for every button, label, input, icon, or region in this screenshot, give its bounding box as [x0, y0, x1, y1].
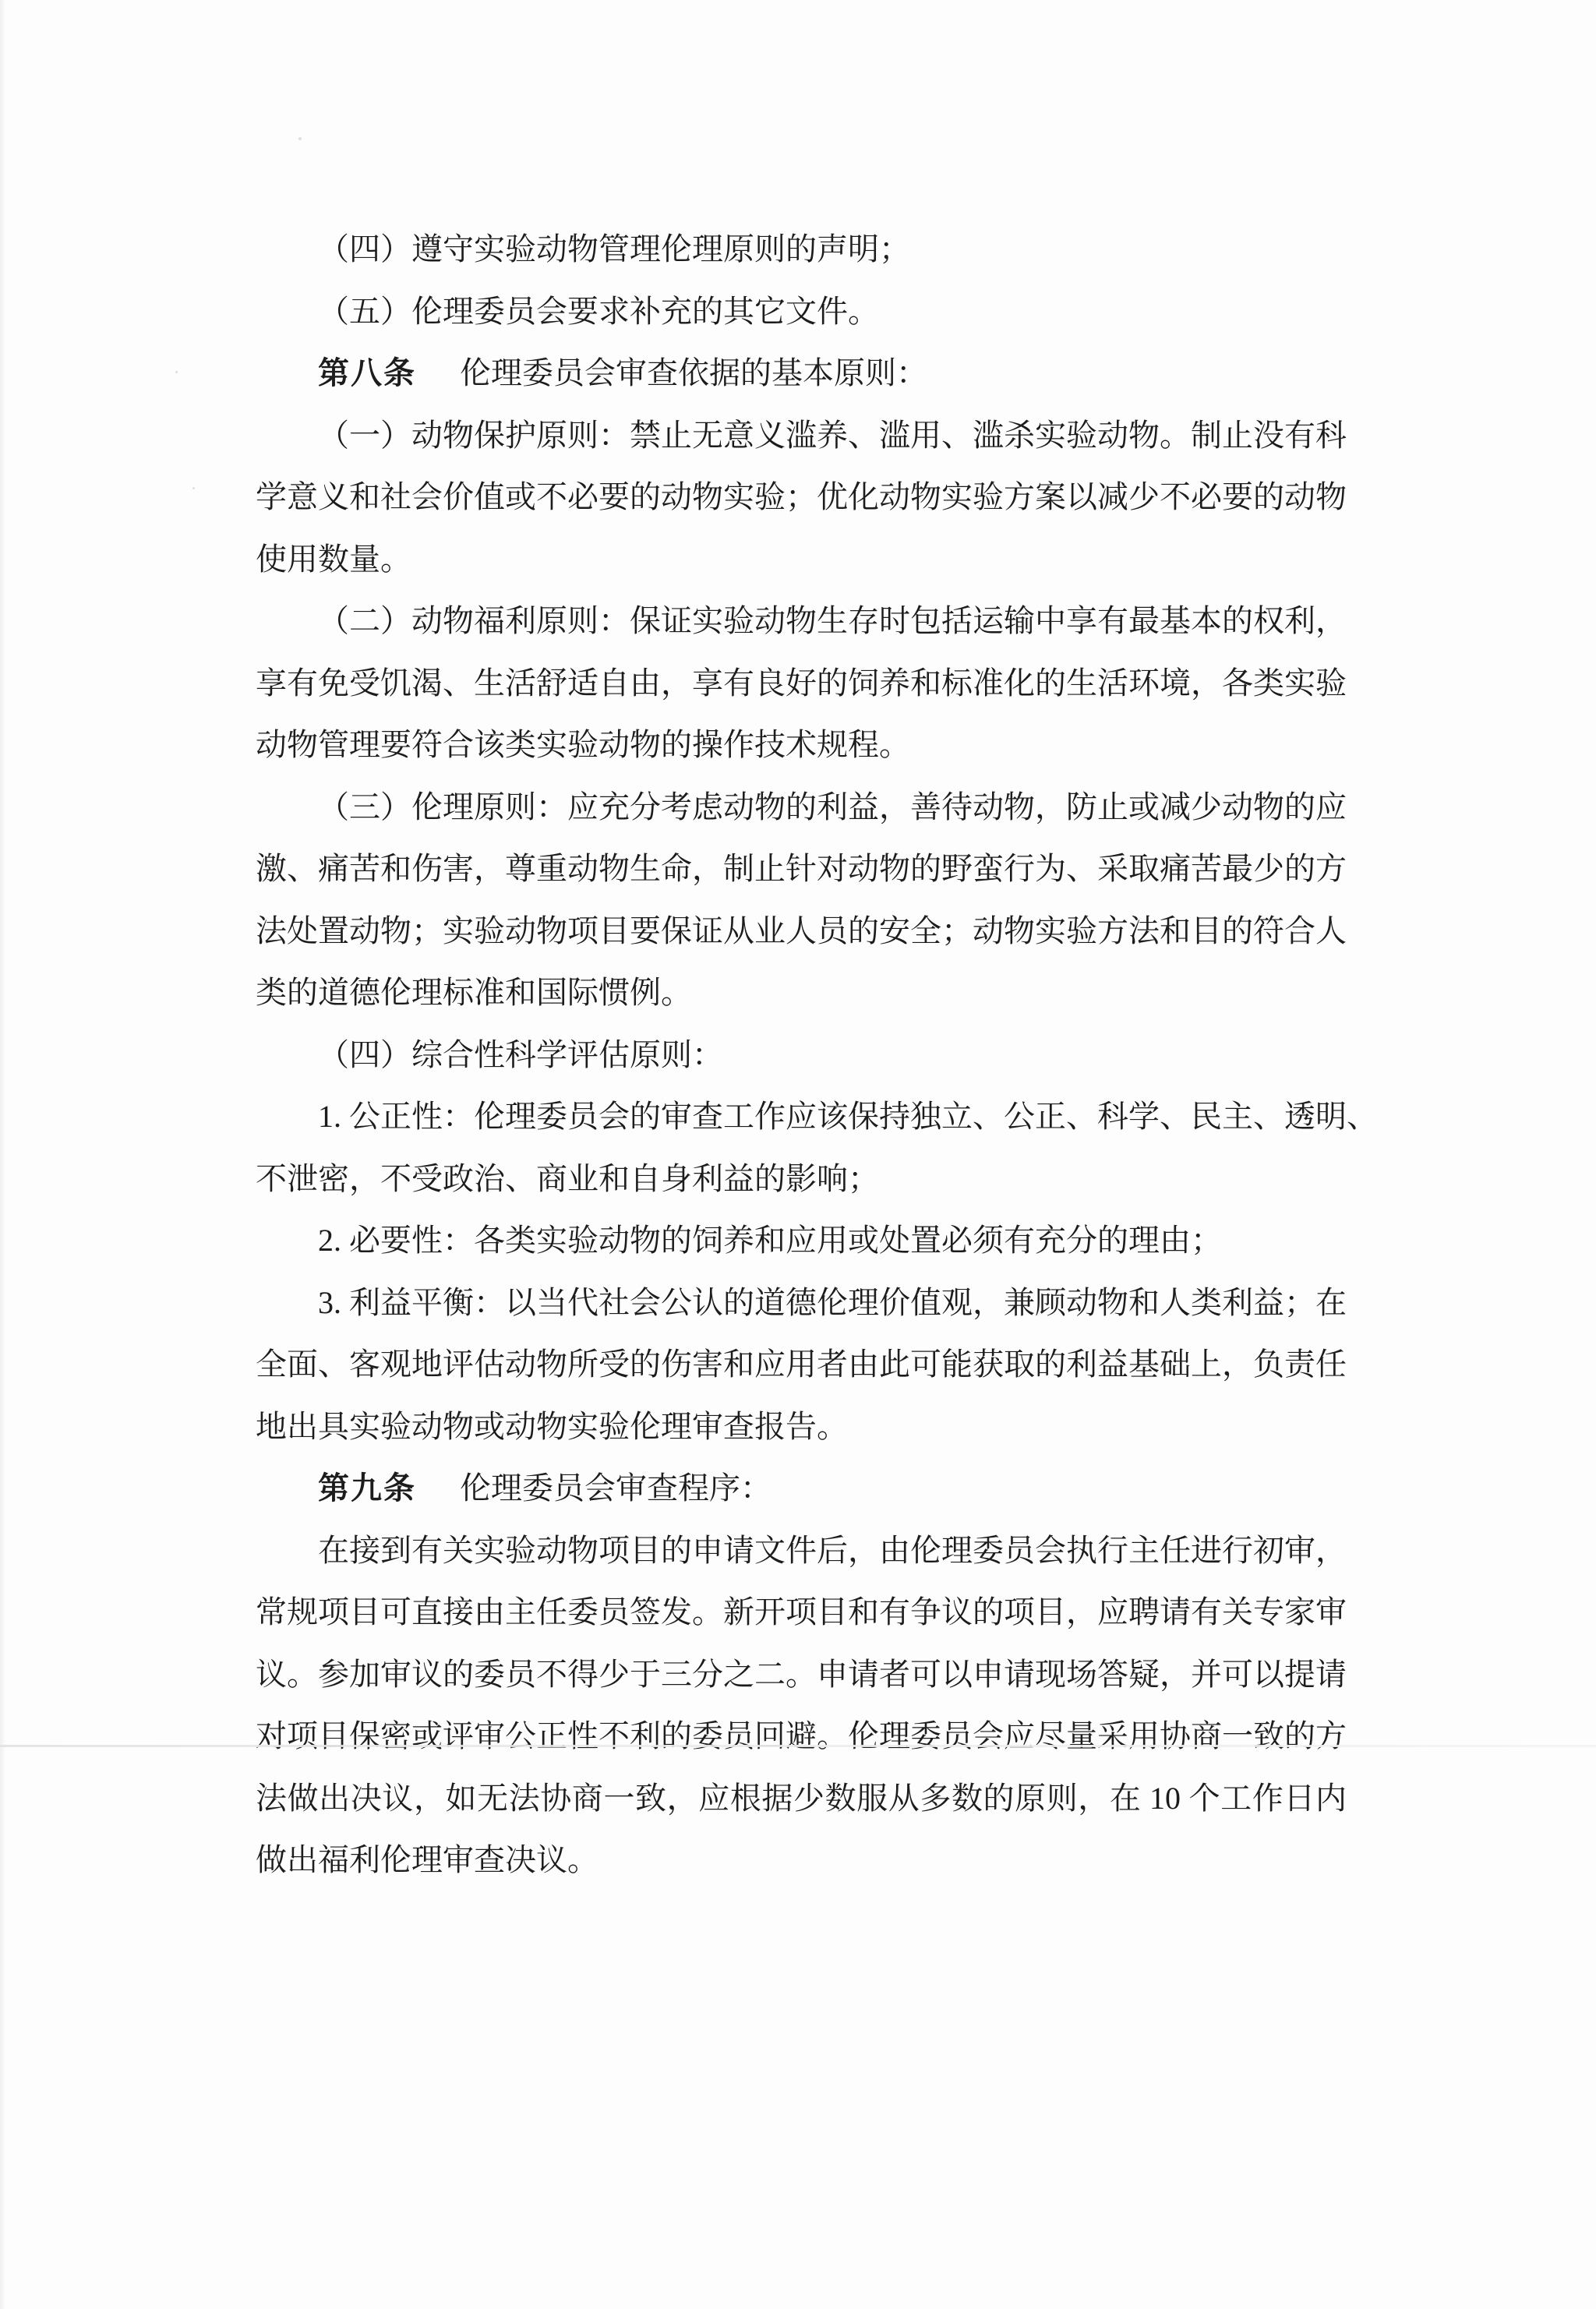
text-line: （四）综合性科学评估原则：	[256, 1024, 1347, 1086]
text-line: 对项目保密或评审公正性不利的委员回避。伦理委员会应尽量采用协商一致的方	[256, 1705, 1347, 1767]
text-line: 3. 利益平衡：以当代社会公认的道德伦理价值观，兼顾动物和人类利益；在	[256, 1272, 1347, 1334]
article-number: 第九条	[318, 1471, 416, 1506]
text-line: 常规项目可直接由主任委员签发。新开项目和有争议的项目，应聘请有关专家审	[256, 1581, 1347, 1643]
text-line: 激、痛苦和伤害，尊重动物生命，制止针对动物的野蛮行为、采取痛苦最少的方	[256, 838, 1347, 900]
article-heading-line: 第九条伦理委员会审查程序：	[256, 1457, 1347, 1520]
text-line: （四）遵守实验动物管理伦理原则的声明；	[256, 218, 1347, 281]
article-number: 第八条	[318, 356, 416, 390]
scan-speck	[298, 137, 302, 140]
text-line: 1. 公正性：伦理委员会的审查工作应该保持独立、公正、科学、民主、透明、	[256, 1086, 1347, 1148]
scan-artifact-line	[0, 1745, 1596, 1747]
scan-edge-shading	[0, 0, 5, 2309]
text-line: （三）伦理原则：应充分考虑动物的利益，善待动物，防止或减少动物的应	[256, 776, 1347, 839]
document-body: （四）遵守实验动物管理伦理原则的声明；（五）伦理委员会要求补充的其它文件。第八条…	[256, 218, 1347, 1891]
text-line: （一）动物保护原则：禁止无意义滥养、滥用、滥杀实验动物。制止没有科	[256, 404, 1347, 467]
text-line: 不泄密，不受政治、商业和自身利益的影响；	[256, 1148, 1347, 1210]
text-line: 议。参加审议的委员不得少于三分之二。申请者可以申请现场答疑，并可以提请	[256, 1643, 1347, 1706]
text-line: 2. 必要性：各类实验动物的饲养和应用或处置必须有充分的理由；	[256, 1209, 1347, 1272]
text-line: 地出具实验动物或动物实验伦理审查报告。	[256, 1396, 1347, 1458]
text-line: 类的道德伦理标准和国际惯例。	[256, 962, 1347, 1024]
text-line: （二）动物福利原则：保证实验动物生存时包括运输中享有最基本的权利，	[256, 590, 1347, 652]
scanned-document-page: （四）遵守实验动物管理伦理原则的声明；（五）伦理委员会要求补充的其它文件。第八条…	[0, 0, 1596, 2309]
text-line: 做出福利伦理审查决议。	[256, 1829, 1347, 1891]
text-line: （五）伦理委员会要求补充的其它文件。	[256, 281, 1347, 343]
text-line: 使用数量。	[256, 528, 1347, 591]
text-line: 在接到有关实验动物项目的申请文件后，由伦理委员会执行主任进行初审，	[256, 1520, 1347, 1582]
text-line: 法做出决议，如无法协商一致，应根据少数服从多数的原则，在 10 个工作日内	[256, 1767, 1347, 1830]
text-line: 全面、客观地评估动物所受的伤害和应用者由此可能获取的利益基础上，负责任	[256, 1333, 1347, 1396]
text-line: 享有免受饥渴、生活舒适自由，享有良好的饲养和标准化的生活环境，各类实验	[256, 652, 1347, 715]
scan-speck	[175, 371, 178, 373]
text-line: 动物管理要符合该类实验动物的操作技术规程。	[256, 714, 1347, 776]
article-heading-line: 第八条伦理委员会审查依据的基本原则：	[256, 342, 1347, 404]
text-line: 法处置动物；实验动物项目要保证从业人员的安全；动物实验方法和目的符合人	[256, 900, 1347, 962]
article-title: 伦理委员会审查依据的基本原则：	[460, 355, 927, 390]
scan-speck	[192, 487, 195, 489]
text-line: 学意义和社会价值或不必要的动物实验；优化动物实验方案以减少不必要的动物	[256, 466, 1347, 528]
article-title: 伦理委员会审查程序：	[460, 1470, 772, 1506]
